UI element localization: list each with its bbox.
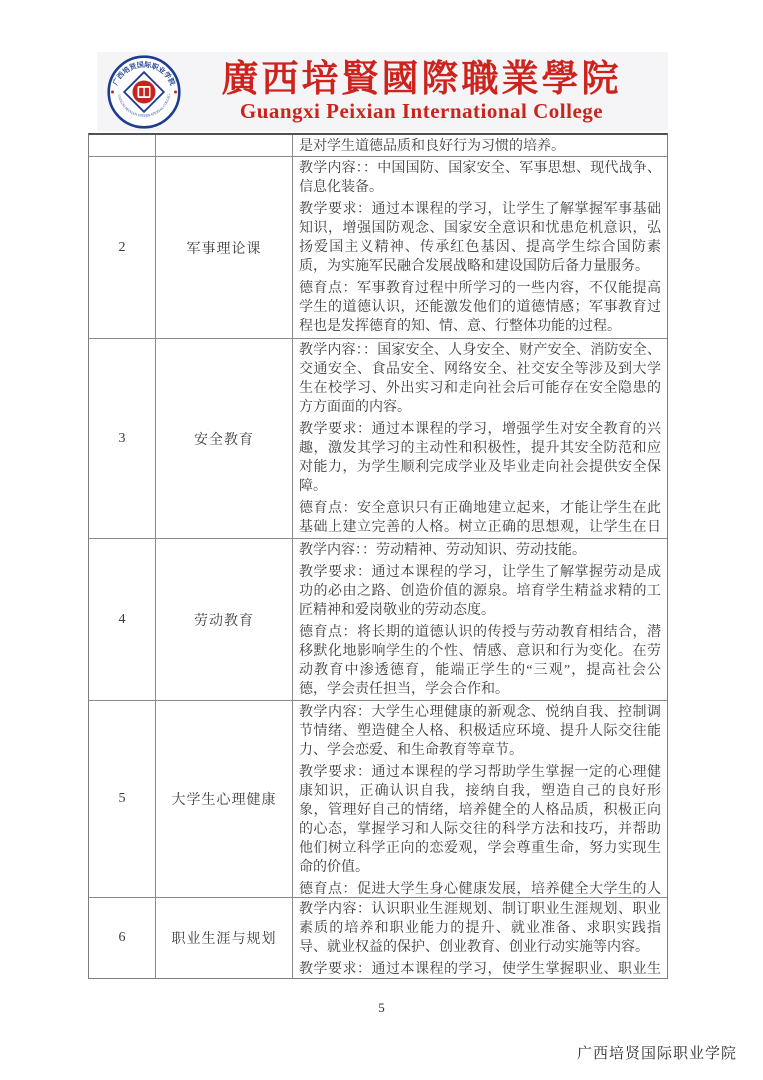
course-name-cell: 安全教育 [155,339,292,538]
course-description-cell: 教学内容：：中国国防、国家安全、军事思想、现代战争、信息化装备。教学要求：通过本… [292,157,667,338]
course-paragraph: 教学内容：：劳动精神、劳动知识、劳动技能。 [299,541,661,560]
row-number-cell: 5 [89,701,155,897]
college-seal-icon: 广西培贤国际职业学院 GUANGXI PEIXIAN INTERNATIONAL… [107,55,181,129]
course-table: 是对学生道德品质和良好行为习惯的培养。 2 军事理论课 教学内容：：中国国防、国… [88,133,668,979]
course-name-cell: 职业生涯与规划 [155,898,292,978]
row-number-cell: 3 [89,339,155,538]
course-paragraph: 教学要求：通过本课程的学习，让学生了解掌握军事基础知识，增强国防观念、国家安全意… [299,200,661,276]
table-row: 2 军事理论课 教学内容：：中国国防、国家安全、军事思想、现代战争、信息化装备。… [89,156,667,338]
course-paragraph: 教学要求：通过本课程的学习，让学生了解掌握劳动是成功的必由之路、创造价值的源泉。… [299,563,661,620]
row-number-cell: 4 [89,539,155,700]
course-name-cell [155,135,292,156]
course-paragraph: 教学内容：：中国国防、国家安全、军事思想、现代战争、信息化装备。 [299,159,661,197]
course-name-cell: 军事理论课 [155,157,292,338]
course-description-cell: 是对学生道德品质和良好行为习惯的培养。 [292,135,667,156]
table-row: 4 劳动教育 教学内容：：劳动精神、劳动知识、劳动技能。教学要求：通过本课程的学… [89,538,667,700]
course-name-cell: 劳动教育 [155,539,292,700]
course-description-cell: 教学内容：认识职业生涯规划、制订职业生涯规划、职业素质的培养和职业能力的提升、就… [292,898,667,978]
row-number-cell [89,135,155,156]
course-description-cell: 教学内容：：国家安全、人身安全、财产安全、消防安全、交通安全、食品安全、网络安全… [292,339,667,538]
college-header: 广西培贤国际职业学院 GUANGXI PEIXIAN INTERNATIONAL… [97,52,668,131]
course-paragraph: 教学要求：通过本课程的学习，使学生掌握职业、职业生涯的基 [299,960,661,978]
course-paragraph: 教学内容：大学生心理健康的新观念、悦纳自我、控制调节情绪、塑造健全人格、积极适应… [299,703,661,760]
course-description-cell: 教学内容：大学生心理健康的新观念、悦纳自我、控制调节情绪、塑造健全人格、积极适应… [292,701,667,897]
course-paragraph: 教学内容：认识职业生涯规划、制订职业生涯规划、职业素质的培养和职业能力的提升、就… [299,900,661,957]
college-title-english: Guangxi Peixian International College [181,100,662,123]
college-titles: 廣西培賢國際職業學院 Guangxi Peixian International… [181,60,668,123]
course-paragraph: 德育点：军事教育过程中所学习的一些内容，不仅能提高学生的道德认识，还能激发他们的… [299,279,661,336]
course-paragraph: 教学要求：通过本课程的学习帮助学生掌握一定的心理健康知识，正确认识自我，接纳自我… [299,763,661,877]
footer-college-name: 广西培贤国际职业学院 [577,1042,737,1063]
page-number: 5 [0,1000,763,1016]
course-paragraph: 是对学生道德品质和良好行为习惯的培养。 [299,137,661,156]
table-row-continuation: 是对学生道德品质和良好行为习惯的培养。 [89,135,667,156]
college-title-chinese: 廣西培賢國際職業學院 [181,60,662,100]
course-paragraph: 德育点：将长期的道德认识的传授与劳动教育相结合，潜移默化地影响学生的个性、情感、… [299,623,661,699]
table-row: 3 安全教育 教学内容：：国家安全、人身安全、财产安全、消防安全、交通安全、食品… [89,338,667,538]
course-paragraph: 教学内容：：国家安全、人身安全、财产安全、消防安全、交通安全、食品安全、网络安全… [299,341,661,417]
course-description-cell: 教学内容：：劳动精神、劳动知识、劳动技能。教学要求：通过本课程的学习，让学生了解… [292,539,667,700]
college-logo-icon: 广西培贤国际职业学院 GUANGXI PEIXIAN INTERNATIONAL… [107,55,181,129]
row-number-cell: 6 [89,898,155,978]
course-name-cell: 大学生心理健康 [155,701,292,897]
course-paragraph: 德育点：促进大学生身心健康发展，培养健全大学生的人格，促进意志、气质、个性等非智… [299,880,661,897]
course-paragraph: 教学要求：通过本课程的学习，增强学生对安全教育的兴趣，激发其学习的主动性和积极性… [299,420,661,496]
table-row: 5 大学生心理健康 教学内容：大学生心理健康的新观念、悦纳自我、控制调节情绪、塑… [89,700,667,897]
course-paragraph: 德育点：安全意识只有正确地建立起来，才能让学生在此基础上建立完善的人格。树立正确… [299,499,661,538]
row-number-cell: 2 [89,157,155,338]
table-row: 6 职业生涯与规划 教学内容：认识职业生涯规划、制订职业生涯规划、职业素质的培养… [89,897,667,978]
